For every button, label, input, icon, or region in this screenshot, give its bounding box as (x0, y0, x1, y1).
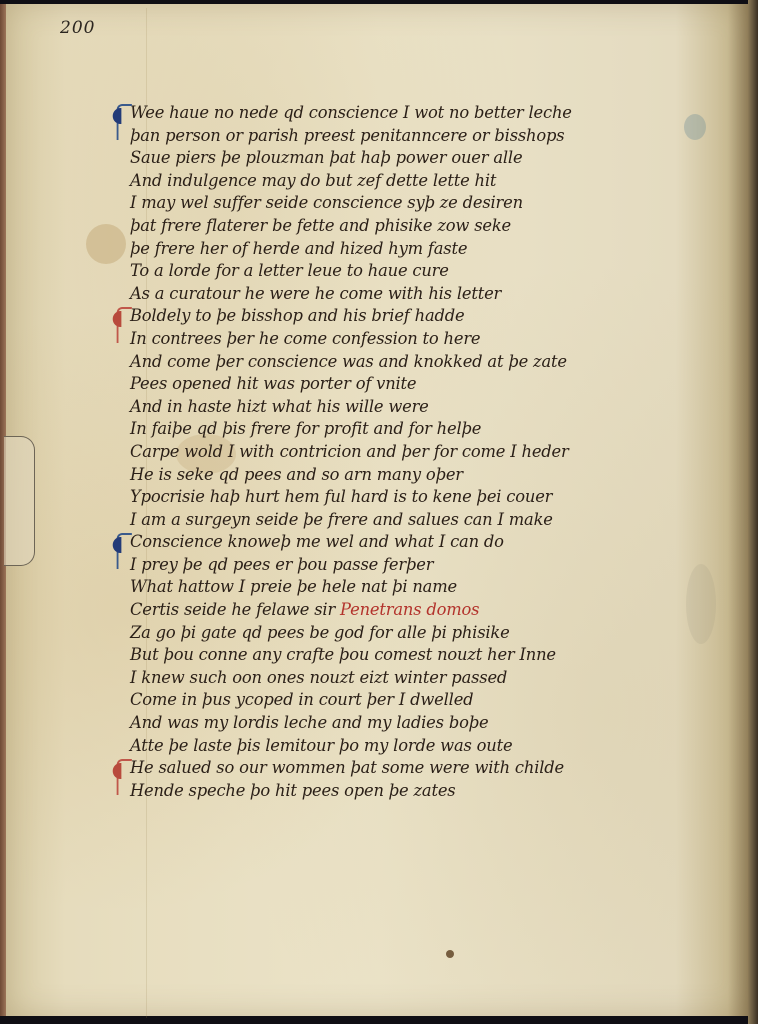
line-text: And in haste hizt what his wille were (130, 397, 429, 417)
line-text: Boldely to þe bisshop and his brief hadd… (130, 306, 464, 326)
manuscript-line: And in haste hizt what his wille were (130, 396, 668, 419)
line-text: As a curatour he were he come with his l… (130, 284, 501, 304)
manuscript-line: I prey þe qd pees er þou passe ferþer (130, 554, 668, 577)
line-text: I prey þe qd pees er þou passe ferþer (130, 555, 433, 575)
manuscript-line: And was my lordis leche and my ladies bo… (130, 712, 668, 735)
line-text: I am a surgeyn seide þe frere and salues… (130, 510, 553, 530)
manuscript-line: Atte þe laste þis lemitour þo my lorde w… (130, 735, 668, 758)
line-text: Wee haue no nede qd conscience I wot no … (130, 103, 572, 123)
page-tab-marker (4, 436, 35, 566)
initial-bowl (113, 108, 122, 124)
line-text: To a lorde for a letter leue to haue cur… (130, 261, 449, 281)
manuscript-line: Certis seide he felawe sir Penetrans dom… (130, 599, 668, 622)
line-text: Hende speche þo hit pees open þe zates (130, 781, 455, 801)
line-text: Come in þus ycoped in court þer I dwelle… (130, 690, 473, 710)
manuscript-line: In faiþe qd þis frere for profit and for… (130, 418, 668, 441)
manuscript-line: Come in þus ycoped in court þer I dwelle… (130, 689, 668, 712)
line-text: In contrees þer he come confession to he… (130, 329, 480, 349)
manuscript-line: He salued so our wommen þat some were wi… (130, 757, 668, 780)
line-text: Ypocrisie haþ hurt hem ful hard is to ke… (130, 487, 552, 507)
manuscript-line: Boldely to þe bisshop and his brief hadd… (130, 305, 668, 328)
line-text: I may wel suffer seide conscience syþ ze… (130, 193, 523, 213)
manuscript-line: To a lorde for a letter leue to haue cur… (130, 260, 668, 283)
manuscript-line: Saue piers þe plouzman þat haþ power oue… (130, 147, 668, 170)
manuscript-line: Ypocrisie haþ hurt hem ful hard is to ke… (130, 486, 668, 509)
initial-bowl (113, 311, 122, 327)
stain (446, 950, 454, 958)
initial-bowl (113, 537, 122, 553)
manuscript-line: He is seke qd pees and so arn many oþer (130, 464, 668, 487)
line-text: And come þer conscience was and knokked … (130, 352, 567, 372)
manuscript-line: Za go þi gate qd pees be god for alle þi… (130, 622, 668, 645)
line-text: Carpe wold I with contricion and þer for… (130, 442, 569, 462)
line-text: þan person or parish preest penitanncere… (130, 126, 564, 146)
manuscript-line: I knew such oon ones nouzt eizt winter p… (130, 667, 668, 690)
manuscript-line: Conscience knoweþ me wel and what I can … (130, 531, 668, 554)
line-text: In faiþe qd þis frere for profit and for… (130, 419, 481, 439)
line-text: He is seke qd pees and so arn many oþer (130, 465, 463, 485)
manuscript-line: þan person or parish preest penitanncere… (130, 125, 668, 148)
manuscript-line: What hattow I preie þe hele nat þi name (130, 576, 668, 599)
book-edge-right (748, 0, 758, 1024)
line-text: And indulgence may do but zef dette lett… (130, 171, 496, 191)
manuscript-line: I may wel suffer seide conscience syþ ze… (130, 192, 668, 215)
line-text: And was my lordis leche and my ladies bo… (130, 713, 488, 733)
manuscript-line: But þou conne any crafte þou comest nouz… (130, 644, 668, 667)
manuscript-line: þat frere flaterer be fette and phisike … (130, 215, 668, 238)
line-text: He salued so our wommen þat some were wi… (130, 758, 564, 778)
manuscript-line: Carpe wold I with contricion and þer for… (130, 441, 668, 464)
line-text: What hattow I preie þe hele nat þi name (130, 577, 457, 597)
folio-number: 200 (60, 18, 95, 38)
line-text: Certis seide he felawe sir (130, 600, 340, 620)
manuscript-line: And indulgence may do but zef dette lett… (130, 170, 668, 193)
line-text: I knew such oon ones nouzt eizt winter p… (130, 668, 507, 688)
manuscript-line: Hende speche þo hit pees open þe zates (130, 780, 668, 803)
line-text: Conscience knoweþ me wel and what I can … (130, 532, 504, 552)
stain (86, 224, 126, 264)
manuscript-text-block: Wee haue no nede qd conscience I wot no … (130, 102, 690, 802)
manuscript-line: As a curatour he were he come with his l… (130, 283, 668, 306)
line-text: But þou conne any crafte þou comest nouz… (130, 645, 556, 665)
manuscript-line: And come þer conscience was and knokked … (130, 351, 668, 374)
line-text: Za go þi gate qd pees be god for alle þi… (130, 623, 510, 643)
line-text: Pees opened hit was porter of vnite (130, 374, 416, 394)
initial-bowl (113, 763, 122, 779)
rubric-text: Penetrans domos (340, 600, 479, 620)
manuscript-line: Wee haue no nede qd conscience I wot no … (130, 102, 668, 125)
manuscript-line: þe frere her of herde and hized hym fast… (130, 238, 668, 261)
line-text: þat frere flaterer be fette and phisike … (130, 216, 511, 236)
manuscript-line: I am a surgeyn seide þe frere and salues… (130, 509, 668, 532)
line-text: Atte þe laste þis lemitour þo my lorde w… (130, 736, 512, 756)
stain (686, 564, 716, 644)
line-text: Saue piers þe plouzman þat haþ power oue… (130, 148, 522, 168)
manuscript-line: In contrees þer he come confession to he… (130, 328, 668, 351)
line-text: þe frere her of herde and hized hym fast… (130, 239, 467, 259)
manuscript-line: Pees opened hit was porter of vnite (130, 373, 668, 396)
manuscript-page: 200 Wee haue no nede qd conscience I wot… (6, 4, 750, 1016)
